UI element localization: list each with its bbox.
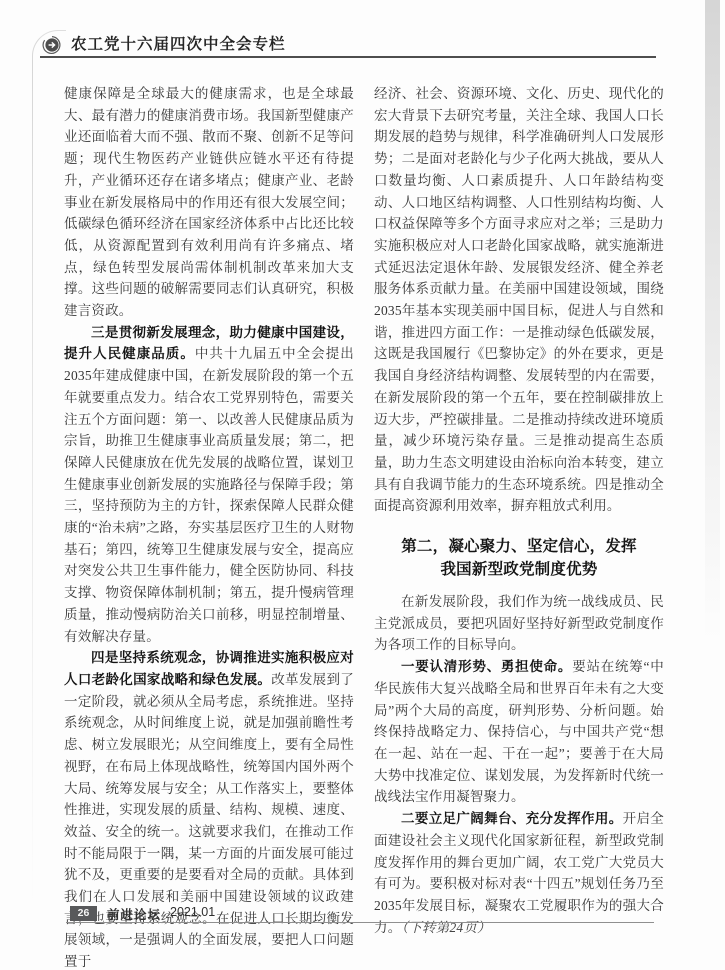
paragraph-text: 要站在统筹“中华民族伟大复兴战略全局和世界百年未有之大变局”两个大局的高度，研判… (374, 659, 664, 804)
section-heading: 第二，凝心聚力、坚定信心，发挥 我国新型政党制度优势 (374, 535, 664, 581)
paragraph-text: 改革发展到了一定阶段，就必须从全局考虑，系统推进。坚持系统观念，从时间维度上说，… (64, 672, 354, 969)
section-heading-line2: 我国新型政党制度优势 (374, 558, 664, 581)
section-heading-line1: 第二，凝心聚力、坚定信心，发挥 (374, 535, 664, 558)
page-edge-shadow (705, 0, 720, 640)
paragraph: 三是贯彻新发展理念，助力健康中国建设，提升人民健康品质。中共十九届五中全会提出2… (64, 322, 354, 648)
magazine-page: 农工党十六届四次中全会专栏 健康保障是全球最大的健康需求，也是全球最大、最有潜力… (0, 0, 725, 970)
header-rule (40, 56, 656, 58)
paragraph-text: 开启全面建设社会主义现代化国家新征程，新型政党制度发挥作用的舞台更加广阔，农工党… (374, 811, 664, 935)
paragraph-text: 健康保障是全球最大的健康需求，也是全球最大、最有潜力的健康消费市场。我国新型健康… (64, 86, 354, 318)
paragraph-lead: 一要认清形势、勇担使命。 (401, 659, 572, 674)
right-text-column: 经济、社会、资源环境、文化、历史、现代化的宏大背景下去研究考量，关注全球、我国人… (374, 83, 664, 938)
paragraph-text: 经济、社会、资源环境、文化、历史、现代化的宏大背景下去研究考量，关注全球、我国人… (374, 86, 664, 513)
journal-name: 前进论坛 (107, 905, 161, 923)
paragraph: 经济、社会、资源环境、文化、历史、现代化的宏大背景下去研究考量，关注全球、我国人… (374, 83, 664, 517)
paragraph: 二要立足广阔舞台、充分发挥作用。开启全面建设社会主义现代化国家新征程，新型政党制… (374, 808, 664, 938)
page-number-badge: 26 (70, 906, 97, 921)
issue-number: 2021.01 (170, 905, 215, 919)
paragraph: 一要认清形势、勇担使命。要站在统筹“中华民族伟大复兴战略全局和世界百年未有之大变… (374, 656, 664, 808)
paragraph-lead: 二要立足广阔舞台、充分发挥作用。 (401, 811, 623, 826)
left-text-column: 健康保障是全球最大的健康需求，也是全球最大、最有潜力的健康消费市场。我国新型健康… (64, 83, 354, 970)
paragraph: 在新发展阶段，我们作为统一战线成员、民主党派成员，要把巩固好坚持好新型政党制度作… (374, 591, 664, 656)
paragraph-text: 中共十九届五中全会提出2035年建成健康中国，在新发展阶段的第一个五年就要重点发… (64, 346, 354, 643)
paragraph-text: 在新发展阶段，我们作为统一战线成员、民主党派成员，要把巩固好坚持好新型政党制度作… (374, 594, 664, 652)
page-fold-line (32, 58, 33, 903)
column-title: 农工党十六届四次中全会专栏 (71, 32, 286, 54)
paragraph: 健康保障是全球最大的健康需求，也是全球最大、最有潜力的健康消费市场。我国新型健康… (64, 83, 354, 322)
